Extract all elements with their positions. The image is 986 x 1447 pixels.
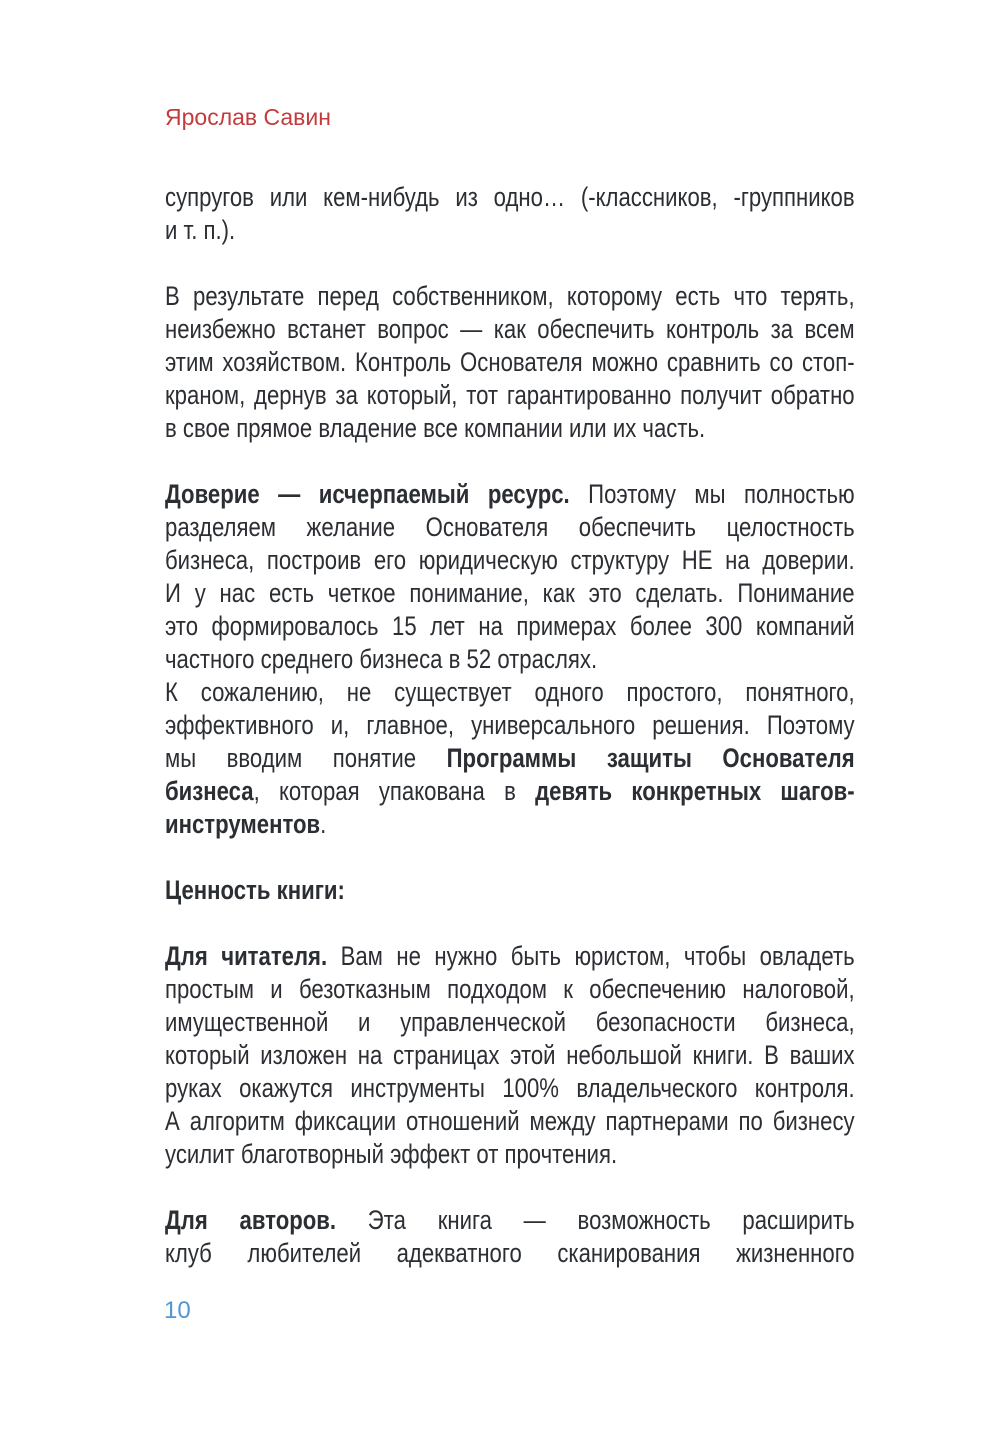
text-line: супругов или кем-нибудь из одно… (-класс…: [165, 181, 855, 214]
text-line: В результате перед собственником, которо…: [165, 280, 855, 313]
text-line: Для авторов. Эта книга — возможность рас…: [165, 1204, 855, 1237]
text-line: К сожалению, не существует одного просто…: [165, 676, 855, 709]
text-line: который изложен на страницах этой неболь…: [165, 1039, 855, 1072]
text-line: инструментов.: [165, 808, 855, 841]
text-line: в свое прямое владение все компании или …: [165, 412, 855, 445]
text-segment: И у нас есть четкое понимание, как это с…: [165, 578, 855, 608]
bold-text-segment: Ценность книги:: [165, 875, 345, 905]
text-segment: частного среднего бизнеса в 52 отраслях.: [165, 644, 597, 674]
paragraph: В результате перед собственником, которо…: [165, 280, 855, 445]
text-line: усилит благотворный эффект от прочтения.: [165, 1138, 855, 1171]
text-segment: и т. п.).: [165, 215, 235, 245]
text-segment: усилит благотворный эффект от прочтения.: [165, 1139, 617, 1169]
text-line: мы вводим понятие Программы защиты Основ…: [165, 742, 855, 775]
text-segment: Эта книга — возможность расширить: [336, 1205, 855, 1235]
text-segment: руках окажутся инструменты 100% владельч…: [165, 1073, 855, 1103]
text-segment: который изложен на страницах этой неболь…: [165, 1040, 855, 1070]
text-line: простым и безотказным подходом к обеспеч…: [165, 973, 855, 1006]
text-segment: простым и безотказным подходом к обеспеч…: [165, 974, 855, 1004]
text-line: краном, дернув за который, тот гарантиро…: [165, 379, 855, 412]
bold-text-segment: Для читателя.: [165, 941, 327, 971]
text-segment: , которая упакована в: [254, 776, 536, 806]
text-line: Доверие — исчерпаемый ресурс. Поэтому мы…: [165, 478, 855, 511]
text-line: И у нас есть четкое понимание, как это с…: [165, 577, 855, 610]
text-line: имущественной и управленческой безопасно…: [165, 1006, 855, 1039]
text-segment: Поэтому мы полностью: [570, 479, 855, 509]
text-line: Ценность книги:: [165, 874, 855, 907]
paragraph: Доверие — исчерпаемый ресурс. Поэтому мы…: [165, 478, 855, 676]
text-segment: это формировалось 15 лет на примерах бол…: [165, 611, 855, 641]
text-line: бизнеса, которая упакована в девять конк…: [165, 775, 855, 808]
text-line: и т. п.).: [165, 214, 855, 247]
page-number: 10: [164, 1297, 191, 1325]
paragraph: супругов или кем-нибудь из одно… (-класс…: [165, 181, 855, 247]
bold-text-segment: инструментов: [165, 809, 320, 839]
text-segment: А алгоритм фиксации отношений между парт…: [165, 1106, 855, 1136]
text-segment: мы вводим понятие: [165, 743, 447, 773]
paragraph: Для читателя. Вам не нужно быть юристом,…: [165, 940, 855, 1171]
text-line: Для читателя. Вам не нужно быть юристом,…: [165, 940, 855, 973]
text-segment: неизбежно встанет вопрос — как обеспечит…: [165, 314, 855, 344]
text-segment: .: [320, 809, 326, 839]
text-segment: в свое прямое владение все компании или …: [165, 413, 705, 443]
text-line: частного среднего бизнеса в 52 отраслях.: [165, 643, 855, 676]
text-segment: клуб любителей адекватного сканирования …: [165, 1238, 855, 1268]
text-segment: краном, дернув за который, тот гарантиро…: [165, 380, 855, 410]
text-line: бизнеса, построив его юридическую структ…: [165, 544, 855, 577]
paragraph: К сожалению, не существует одного просто…: [165, 676, 855, 841]
text-line: неизбежно встанет вопрос — как обеспечит…: [165, 313, 855, 346]
text-line: это формировалось 15 лет на примерах бол…: [165, 610, 855, 643]
text-line: клуб любителей адекватного сканирования …: [165, 1237, 855, 1270]
text-segment: Вам не нужно быть юристом, чтобы овладет…: [327, 941, 854, 971]
text-segment: разделяем желание Основателя обеспечить …: [165, 512, 855, 542]
section-heading: Ценность книги:: [165, 874, 855, 907]
bold-text-segment: Программы защиты Основателя: [447, 743, 855, 773]
bold-text-segment: бизнеса: [165, 776, 254, 806]
bold-text-segment: девять конкретных шагов-: [535, 776, 855, 806]
text-segment: этим хозяйством. Контроль Основателя мож…: [165, 347, 855, 377]
text-segment: имущественной и управленческой безопасно…: [165, 1007, 855, 1037]
bold-text-segment: Доверие — исчерпаемый ресурс.: [165, 479, 570, 509]
text-line: разделяем желание Основателя обеспечить …: [165, 511, 855, 544]
text-segment: бизнеса, построив его юридическую структ…: [165, 545, 855, 575]
text-segment: эффективного и, главное, универсального …: [165, 710, 855, 740]
paragraph: Для авторов. Эта книга — возможность рас…: [165, 1204, 855, 1270]
text-line: руках окажутся инструменты 100% владельч…: [165, 1072, 855, 1105]
bold-text-segment: Для авторов.: [165, 1205, 336, 1235]
text-line: этим хозяйством. Контроль Основателя мож…: [165, 346, 855, 379]
text-segment: В результате перед собственником, которо…: [165, 281, 855, 311]
book-page: Ярослав Савин супругов или кем-нибудь из…: [0, 0, 986, 1447]
text-line: эффективного и, главное, универсального …: [165, 709, 855, 742]
text-segment: К сожалению, не существует одного просто…: [165, 677, 855, 707]
text-block: супругов или кем-нибудь из одно… (-класс…: [165, 181, 855, 1270]
text-line: А алгоритм фиксации отношений между парт…: [165, 1105, 855, 1138]
text-segment: супругов или кем-нибудь из одно… (-класс…: [165, 182, 855, 212]
running-header-author: Ярослав Савин: [165, 103, 331, 131]
